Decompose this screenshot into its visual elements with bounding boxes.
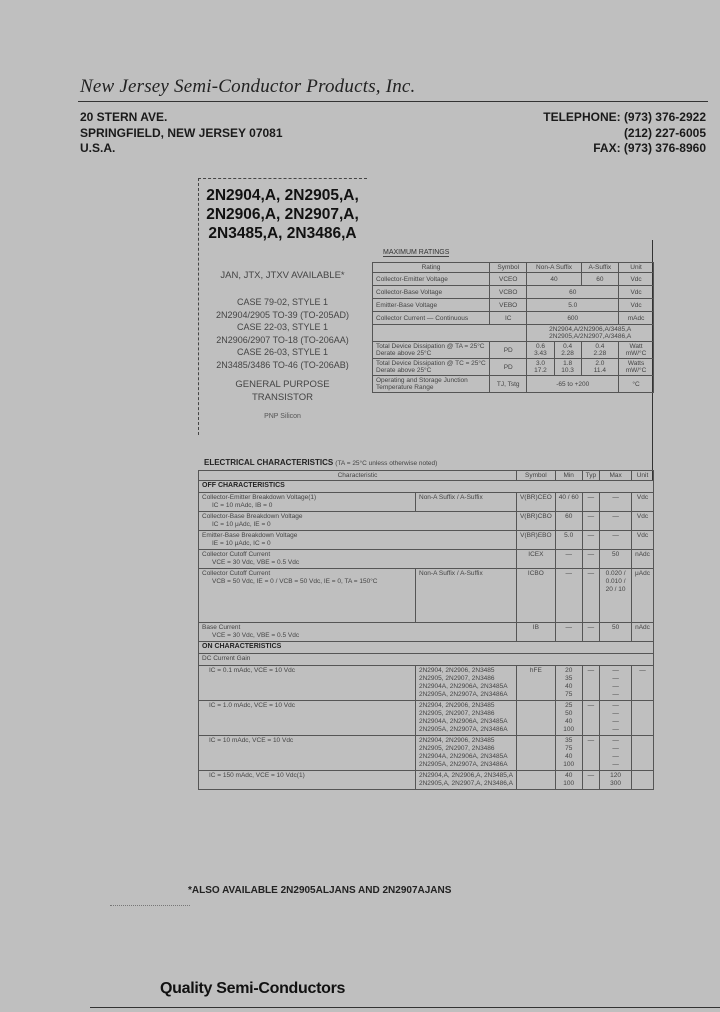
- min-cell: 255040100: [555, 701, 582, 736]
- value: —: [603, 710, 628, 718]
- typ-cell: —: [582, 550, 599, 569]
- table-row: Emitter-Base Voltage VEBO 5.0 Vdc: [373, 299, 654, 312]
- value-cell: 2.011.4: [581, 359, 618, 376]
- rating-cell: Emitter-Base Voltage: [373, 299, 490, 312]
- characteristic-cell: Collector-Emitter Breakdown Voltage(1)IC…: [199, 493, 416, 512]
- value: 35: [559, 737, 579, 745]
- symbol-cell: [516, 771, 555, 790]
- value: 0.4: [585, 343, 615, 350]
- table-row: Emitter-Base Breakdown VoltageIE = 10 μA…: [199, 531, 654, 550]
- value: 300: [603, 780, 628, 788]
- subheader-line: 2N2905,A/2N2907,A/3486,A: [530, 333, 650, 340]
- parts-cell: 2N2904, 2N2906, 2N34852N2905, 2N2907, 2N…: [416, 736, 517, 771]
- value: 40: [559, 718, 579, 726]
- unit-cell: °C: [619, 376, 654, 393]
- variant-cell: Non-A Suffix / A-Suffix: [416, 569, 517, 623]
- variant-cell: Non-A Suffix / A-Suffix: [416, 493, 517, 512]
- value: 100: [559, 726, 579, 734]
- header-divider: [78, 101, 708, 102]
- part-list: 2N2905, 2N2907, 2N3486: [419, 710, 513, 718]
- section-condition: (TA = 25°C unless otherwise noted): [335, 460, 437, 467]
- part-number-line: 2N3485,A, 2N3486,A: [200, 224, 365, 243]
- value-cell: 0.42.28: [554, 342, 581, 359]
- min-cell: 40 / 60: [555, 493, 582, 512]
- characteristic: Collector Cutoff Current: [202, 570, 412, 578]
- column-header: Typ: [582, 471, 599, 481]
- value: —: [603, 745, 628, 753]
- rating-cell: Collector-Base Voltage: [373, 286, 490, 299]
- characteristic: Collector-Base Breakdown Voltage: [202, 513, 513, 521]
- value: 20: [559, 667, 579, 675]
- subheader-line: 2N2904,A/2N2906,A/3485,A: [530, 326, 650, 333]
- characteristic-cell: Collector Cutoff CurrentVCE = 30 Vdc, VB…: [199, 550, 517, 569]
- min-cell: —: [555, 569, 582, 623]
- symbol-cell: VCEO: [490, 273, 527, 286]
- unit-cell: WattsmW/°C: [619, 359, 654, 376]
- rating-text: Total Device Dissipation @ TC = 25°C: [376, 360, 486, 367]
- condition: IE = 10 μAdc, IC = 0: [202, 540, 513, 548]
- symbol-cell: IC: [490, 312, 527, 325]
- address-line: 20 STERN AVE.: [80, 110, 283, 126]
- min-cell: 5.0: [555, 531, 582, 550]
- max-cell: ————: [600, 666, 632, 701]
- unit-cell: mAdc: [619, 312, 654, 325]
- max-cell: ————: [600, 736, 632, 771]
- part-number-line: 2N2906,A, 2N2907,A,: [200, 205, 365, 224]
- rating-cell: Operating and Storage Junction Temperatu…: [373, 376, 490, 393]
- typ-cell: —: [582, 531, 599, 550]
- value: 11.4: [585, 367, 615, 374]
- value: —: [603, 718, 628, 726]
- value: —: [603, 702, 628, 710]
- column-header: A-Suffix: [581, 263, 618, 273]
- description-line: GENERAL PURPOSE: [200, 378, 365, 391]
- table-header-row: Rating Symbol Non-A Suffix A-Suffix Unit: [373, 263, 654, 273]
- characteristic-cell: Base CurrentVCE = 30 Vdc, VBE = 0.5 Vdc: [199, 623, 517, 642]
- unit: mW/°C: [622, 350, 650, 357]
- value: 120: [603, 772, 628, 780]
- max-ratings-title: MAXIMUM RATINGS: [383, 249, 449, 257]
- part-list: 2N2905, 2N2907, 2N3486: [419, 675, 513, 683]
- table-row: IC = 150 mAdc, VCE = 10 Vdc(1) 2N2904,A,…: [199, 771, 654, 790]
- min-cell: —: [555, 623, 582, 642]
- table-row: Collector-Base Breakdown VoltageIC = 10 …: [199, 512, 654, 531]
- column-header: Min: [555, 471, 582, 481]
- column-header: Max: [600, 471, 632, 481]
- condition: IC = 10 mAdc, IB = 0: [202, 502, 412, 510]
- condition: VCB = 50 Vdc, IE = 0 / VCB = 50 Vdc, IE …: [202, 578, 412, 586]
- value: 1.8: [558, 360, 578, 367]
- case-line: 2N2904/2905 TO-39 (TO-205AD): [200, 309, 365, 322]
- table-row: Base CurrentVCE = 30 Vdc, VBE = 0.5 Vdc …: [199, 623, 654, 642]
- characteristic-cell: Collector Cutoff CurrentVCB = 50 Vdc, IE…: [199, 569, 416, 623]
- case-line: 2N2906/2907 TO-18 (TO-206AA): [200, 334, 365, 347]
- scan-artifact: [110, 905, 190, 966]
- symbol-cell: [516, 736, 555, 771]
- company-logo: New Jersey Semi-Conductor Products, Inc.: [80, 76, 416, 98]
- typ-cell: —: [582, 569, 599, 623]
- value: 100: [559, 761, 579, 769]
- case-line: CASE 26-03, STYLE 1: [200, 346, 365, 359]
- off-characteristics-header: OFF CHARACTERISTICS: [199, 481, 654, 493]
- part-number-line: 2N2904,A, 2N2905,A,: [200, 186, 365, 205]
- part-list: 2N2905A, 2N2907A, 2N3486A: [419, 726, 513, 734]
- value: —: [603, 753, 628, 761]
- condition-cell: IC = 1.0 mAdc, VCE = 10 Vdc: [199, 701, 416, 736]
- section-title: ELECTRICAL CHARACTERISTICS: [204, 458, 333, 467]
- rating-text: Derate above 25°C: [376, 367, 486, 374]
- unit: mW/°C: [622, 367, 650, 374]
- symbol-cell: V(BR)CBO: [516, 512, 555, 531]
- max-cell: —: [600, 531, 632, 550]
- on-characteristics-header: ON CHARACTERISTICS: [199, 642, 654, 654]
- unit-cell: Vdc: [632, 512, 654, 531]
- value: —: [603, 683, 628, 691]
- blank-cell: [373, 325, 527, 342]
- column-header: Rating: [373, 263, 490, 273]
- value: 35: [559, 675, 579, 683]
- table-row: Collector-Base Voltage VCBO 60 Vdc: [373, 286, 654, 299]
- table-row: Collector Cutoff CurrentVCE = 30 Vdc, VB…: [199, 550, 654, 569]
- address-line: U.S.A.: [80, 141, 283, 157]
- symbol-cell: ICBO: [516, 569, 555, 623]
- unit-cell: Vdc: [619, 299, 654, 312]
- value: —: [603, 761, 628, 769]
- min-cell: 20354075: [555, 666, 582, 701]
- unit-cell: [632, 736, 654, 771]
- characteristic-cell: Emitter-Base Breakdown VoltageIE = 10 μA…: [199, 531, 517, 550]
- max-cell: 50: [600, 550, 632, 569]
- max-cell: ————: [600, 701, 632, 736]
- parts-cell: 2N2904,A, 2N2906,A, 2N3485,A2N2905,A, 2N…: [416, 771, 517, 790]
- value: 2.28: [585, 350, 615, 357]
- condition: VCE = 30 Vdc, VBE = 0.5 Vdc: [202, 559, 513, 567]
- table-row: Collector Current — Continuous IC 600 mA…: [373, 312, 654, 325]
- unit-cell: Vdc: [632, 493, 654, 512]
- typ-cell: —: [582, 736, 599, 771]
- value-cell: 60: [581, 273, 618, 286]
- value: 2.28: [558, 350, 578, 357]
- table-row: Total Device Dissipation @ TC = 25°CDera…: [373, 359, 654, 376]
- column-header: Symbol: [490, 263, 527, 273]
- telephone-alt: (212) 227-6005: [543, 126, 706, 142]
- case-line: CASE 22-03, STYLE 1: [200, 321, 365, 334]
- value-cell: 0.63.43: [527, 342, 554, 359]
- unit-cell: nAdc: [632, 623, 654, 642]
- symbol-cell: [516, 701, 555, 736]
- value: 3.0: [530, 360, 550, 367]
- value: 40: [559, 753, 579, 761]
- table-row: IC = 0.1 mAdc, VCE = 10 Vdc 2N2904, 2N29…: [199, 666, 654, 701]
- value-cell: 1.810.3: [554, 359, 581, 376]
- footer-divider: [90, 1007, 720, 1008]
- value: 17.2: [530, 367, 550, 374]
- unit-cell: —: [632, 666, 654, 701]
- typ-cell: —: [582, 493, 599, 512]
- value: 10.3: [558, 367, 578, 374]
- value: 3.43: [530, 350, 550, 357]
- min-cell: 40100: [555, 771, 582, 790]
- table-row: Collector Cutoff CurrentVCB = 50 Vdc, IE…: [199, 569, 654, 623]
- value: —: [603, 691, 628, 699]
- value: 40: [559, 772, 579, 780]
- column-header: Characteristic: [199, 471, 517, 481]
- table-row: Total Device Dissipation @ TA = 25°CDera…: [373, 342, 654, 359]
- value-cell: 60: [527, 286, 619, 299]
- column-header: Unit: [632, 471, 654, 481]
- rating-text: Total Device Dissipation @ TA = 25°C: [376, 343, 486, 350]
- unit-cell: Vdc: [619, 286, 654, 299]
- section-row: OFF CHARACTERISTICS: [199, 481, 654, 493]
- max-cell: —: [600, 493, 632, 512]
- symbol-cell: VCBO: [490, 286, 527, 299]
- company-tagline: Quality Semi-Conductors: [160, 980, 345, 998]
- symbol-cell: VEBO: [490, 299, 527, 312]
- symbol-cell: PD: [490, 359, 527, 376]
- table-row: DC Current Gain: [199, 654, 654, 666]
- min-cell: 357540100: [555, 736, 582, 771]
- rating-text: Derate above 25°C: [376, 350, 486, 357]
- company-contact: TELEPHONE: (973) 376-2922 (212) 227-6005…: [543, 110, 706, 157]
- unit-cell: [632, 771, 654, 790]
- value: 100: [559, 780, 579, 788]
- typ-cell: —: [582, 701, 599, 736]
- symbol-cell: V(BR)EBO: [516, 531, 555, 550]
- max-cell: 0.020 / 0.010 / 20 / 10: [600, 569, 632, 623]
- unit-cell: Vdc: [632, 531, 654, 550]
- table-row: Collector-Emitter Breakdown Voltage(1)IC…: [199, 493, 654, 512]
- part-list: 2N2904A, 2N2906A, 2N3485A: [419, 683, 513, 691]
- table-row: Collector-Emitter Voltage VCEO 40 60 Vdc: [373, 273, 654, 286]
- value-cell: 0.42.28: [581, 342, 618, 359]
- table-row: Operating and Storage Junction Temperatu…: [373, 376, 654, 393]
- value: —: [603, 667, 628, 675]
- case-line: CASE 79-02, STYLE 1: [200, 296, 365, 309]
- company-address: 20 STERN AVE. SPRINGFIELD, NEW JERSEY 07…: [80, 110, 283, 157]
- value-cell: 600: [527, 312, 619, 325]
- characteristic: Emitter-Base Breakdown Voltage: [202, 532, 513, 540]
- part-list: 2N2905, 2N2907, 2N3486: [419, 745, 513, 753]
- column-header: Symbol: [516, 471, 555, 481]
- symbol-cell: ICEX: [516, 550, 555, 569]
- typ-cell: —: [582, 512, 599, 531]
- condition-cell: IC = 150 mAdc, VCE = 10 Vdc(1): [199, 771, 416, 790]
- unit: Watt: [622, 343, 650, 350]
- table-row: IC = 1.0 mAdc, VCE = 10 Vdc 2N2904, 2N29…: [199, 701, 654, 736]
- value: 75: [559, 745, 579, 753]
- column-header: Unit: [619, 263, 654, 273]
- case-line: 2N3485/3486 TO-46 (TO-206AB): [200, 359, 365, 372]
- typ-cell: —: [582, 771, 599, 790]
- condition: IC = 10 μAdc, IE = 0: [202, 521, 513, 529]
- value: —: [603, 675, 628, 683]
- value-cell: 40: [527, 273, 581, 286]
- fax: FAX: (973) 376-8960: [543, 141, 706, 157]
- address-line: SPRINGFIELD, NEW JERSEY 07081: [80, 126, 283, 142]
- part-list: 2N2904, 2N2906, 2N3485: [419, 702, 513, 710]
- rating-cell: Total Device Dissipation @ TC = 25°CDera…: [373, 359, 490, 376]
- unit-cell: μAdc: [632, 569, 654, 623]
- condition-cell: IC = 10 mAdc, VCE = 10 Vdc: [199, 736, 416, 771]
- max-ratings-table: Rating Symbol Non-A Suffix A-Suffix Unit…: [372, 262, 654, 393]
- unit-cell: nAdc: [632, 550, 654, 569]
- part-list: 2N2904,A, 2N2906,A, 2N3485,A: [419, 772, 513, 780]
- symbol-cell: IB: [516, 623, 555, 642]
- value: 75: [559, 691, 579, 699]
- value-cell: 3.017.2: [527, 359, 554, 376]
- min-cell: 60: [555, 512, 582, 531]
- symbol-cell: V(BR)CEO: [516, 493, 555, 512]
- case-info: CASE 79-02, STYLE 1 2N2904/2905 TO-39 (T…: [200, 296, 365, 371]
- table-subheader-row: 2N2904,A/2N2906,A/3485,A 2N2905,A/2N2907…: [373, 325, 654, 342]
- value: —: [603, 737, 628, 745]
- table-header-row: Characteristic Symbol Min Typ Max Unit: [199, 471, 654, 481]
- unit-cell: Vdc: [619, 273, 654, 286]
- part-list: 2N2904, 2N2906, 2N3485: [419, 667, 513, 675]
- electrical-characteristics-table: Characteristic Symbol Min Typ Max Unit O…: [198, 470, 654, 790]
- availability-footnote: *ALSO AVAILABLE 2N2905ALJANS AND 2N2907A…: [188, 885, 451, 896]
- table-row: IC = 10 mAdc, VCE = 10 Vdc 2N2904, 2N290…: [199, 736, 654, 771]
- value: 25: [559, 702, 579, 710]
- transistor-type: PNP Silicon: [200, 413, 365, 420]
- rating-cell: Collector-Emitter Voltage: [373, 273, 490, 286]
- part-list: 2N2905,A, 2N2907,A, 2N3486,A: [419, 780, 513, 788]
- unit-cell: [632, 701, 654, 736]
- characteristic: Collector Cutoff Current: [202, 551, 513, 559]
- electrical-characteristics-title: ELECTRICAL CHARACTERISTICS (TA = 25°C un…: [204, 458, 437, 467]
- typ-cell: —: [582, 623, 599, 642]
- parts-cell: 2N2904, 2N2906, 2N34852N2905, 2N2907, 2N…: [416, 666, 517, 701]
- characteristic: Base Current: [202, 624, 513, 632]
- part-list: 2N2905A, 2N2907A, 2N3486A: [419, 761, 513, 769]
- symbol-cell: hFE: [516, 666, 555, 701]
- value: 0.6: [530, 343, 550, 350]
- value: 0.4: [558, 343, 578, 350]
- value: —: [603, 726, 628, 734]
- unit-cell: WattmW/°C: [619, 342, 654, 359]
- condition: VCE = 30 Vdc, VBE = 0.5 Vdc: [202, 632, 513, 640]
- value-cell: -65 to +200: [527, 376, 619, 393]
- parts-cell: 2N2904, 2N2906, 2N34852N2905, 2N2907, 2N…: [416, 701, 517, 736]
- min-cell: —: [555, 550, 582, 569]
- max-cell: 120300: [600, 771, 632, 790]
- product-description: GENERAL PURPOSE TRANSISTOR: [200, 378, 365, 404]
- value: 40: [559, 683, 579, 691]
- part-list: 2N2905A, 2N2907A, 2N3486A: [419, 691, 513, 699]
- characteristic-cell: Collector-Base Breakdown VoltageIC = 10 …: [199, 512, 517, 531]
- typ-cell: —: [582, 666, 599, 701]
- rating-cell: Collector Current — Continuous: [373, 312, 490, 325]
- characteristic: DC Current Gain: [199, 654, 654, 666]
- value-cell: 5.0: [527, 299, 619, 312]
- part-list: 2N2904A, 2N2906A, 2N3485A: [419, 753, 513, 761]
- value: 50: [559, 710, 579, 718]
- characteristic: Collector-Emitter Breakdown Voltage(1): [202, 494, 412, 502]
- max-cell: 50: [600, 623, 632, 642]
- section-row: ON CHARACTERISTICS: [199, 642, 654, 654]
- value: 2.0: [585, 360, 615, 367]
- subheader-cell: 2N2904,A/2N2906,A/3485,A 2N2905,A/2N2907…: [527, 325, 654, 342]
- rating-cell: Total Device Dissipation @ TA = 25°CDera…: [373, 342, 490, 359]
- symbol-cell: PD: [490, 342, 527, 359]
- unit: Watts: [622, 360, 650, 367]
- part-numbers: 2N2904,A, 2N2905,A, 2N2906,A, 2N2907,A, …: [200, 186, 365, 243]
- telephone: TELEPHONE: (973) 376-2922: [543, 110, 706, 126]
- condition-cell: IC = 0.1 mAdc, VCE = 10 Vdc: [199, 666, 416, 701]
- max-cell: —: [600, 512, 632, 531]
- part-list: 2N2904A, 2N2906A, 2N3485A: [419, 718, 513, 726]
- part-list: 2N2904, 2N2906, 2N3485: [419, 737, 513, 745]
- column-header: Non-A Suffix: [527, 263, 581, 273]
- description-line: TRANSISTOR: [200, 391, 365, 404]
- availability-text: JAN, JTX, JTXV AVAILABLE*: [200, 270, 365, 281]
- symbol-cell: TJ, Tstg: [490, 376, 527, 393]
